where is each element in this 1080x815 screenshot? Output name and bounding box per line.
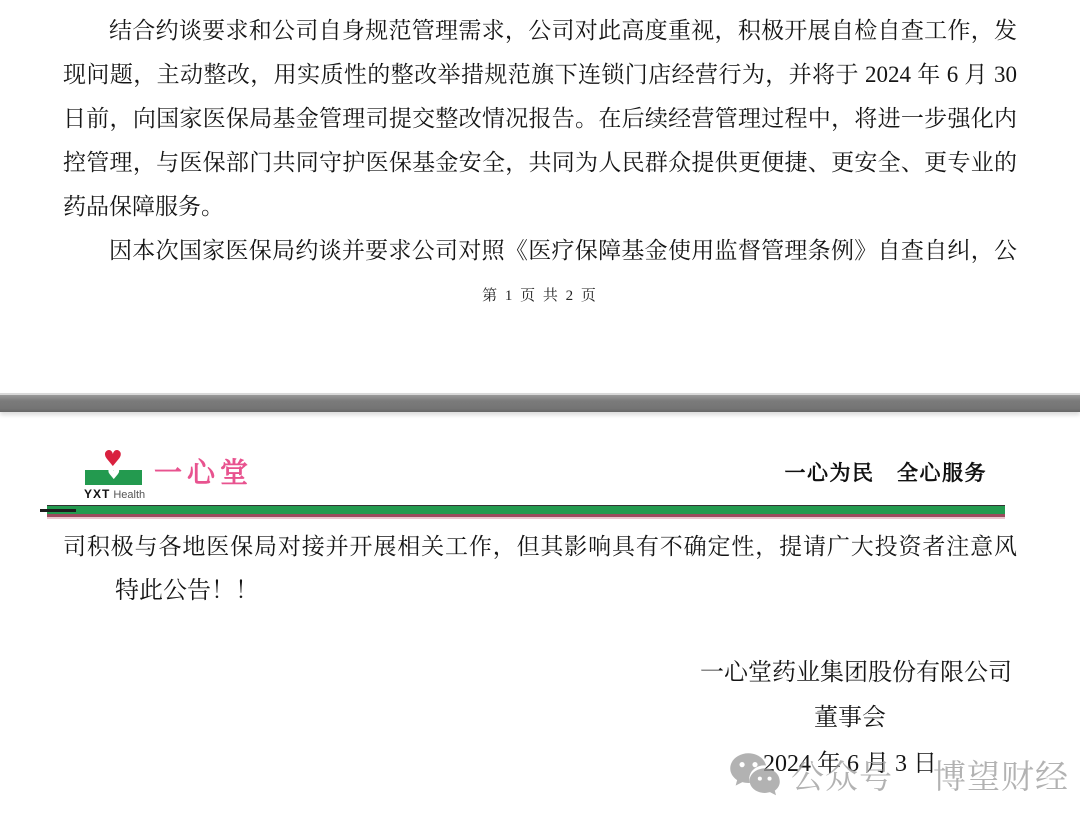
signature-date: 2024 年 6 月 3 日 — [700, 747, 1000, 781]
page-divider-bar — [0, 393, 1080, 412]
body-line: 因本次国家医保局约谈并要求公司对照《医疗保障基金使用监督管理条例》自查自纠，公 — [63, 229, 1017, 273]
paragraph-1: 结合约谈要求和公司自身规范管理需求，公司对此高度重视，积极开展自检自查工作，发 … — [63, 9, 1017, 229]
page2-text-block: 司积极与各地医保局对接并开展相关工作，但其影响具有不确定性，提请广大投资者注意风… — [63, 525, 1017, 569]
signature-block: 一心堂药业集团股份有限公司 董事会 2024 年 6 月 3 日 — [700, 656, 1000, 781]
body-line: 司积极与各地医保局对接并开展相关工作，但其影响具有不确定性，提请广大投资者注意风… — [63, 525, 1017, 569]
logo-abbr: YXT — [84, 487, 110, 501]
signature-company: 一心堂药业集团股份有限公司 — [700, 656, 1000, 690]
body-line: 控管理，与医保部门共同守护医保基金安全，共同为人民群众提供更便捷、更安全、更专业… — [63, 141, 1017, 185]
logo-sub-word: Health — [113, 489, 145, 501]
company-slogan: 一心为民 全心服务 — [785, 461, 988, 487]
notice-line: 特此公告！！ — [115, 577, 259, 605]
logo-subtitle: YXTHealth — [84, 488, 145, 502]
paragraph-2: 因本次国家医保局约谈并要求公司对照《医疗保障基金使用监督管理条例》自查自纠，公 — [63, 229, 1017, 273]
body-line: 药品保障服务。 — [63, 185, 1017, 229]
header-green-rule — [47, 505, 1005, 517]
page-number-footer: 第 1 页 共 2 页 — [63, 287, 1017, 305]
white-heart-icon: ♥ — [107, 467, 120, 482]
body-line: 日前，向国家医保局基金管理司提交整改情况报告。在后续经营管理过程中，将进一步强化… — [63, 97, 1017, 141]
signature-board: 董事会 — [700, 701, 1000, 735]
body-line: 结合约谈要求和公司自身规范管理需求，公司对此高度重视，积极开展自检自查工作，发 — [63, 9, 1017, 53]
body-line: 现问题，主动整改，用实质性的整改举措规范旗下连锁门店经营行为，并将于 2024 … — [63, 53, 1017, 97]
logo-brand-name: 一心堂 — [154, 459, 253, 489]
announcement-document: 结合约谈要求和公司自身规范管理需求，公司对此高度重视，积极开展自检自查工作，发 … — [0, 0, 1080, 815]
yxt-logo: ♥ ♥ YXTHealth 一心堂 — [78, 447, 328, 505]
page1-text-block: 结合约谈要求和公司自身规范管理需求，公司对此高度重视，积极开展自检自查工作，发 … — [63, 9, 1017, 305]
